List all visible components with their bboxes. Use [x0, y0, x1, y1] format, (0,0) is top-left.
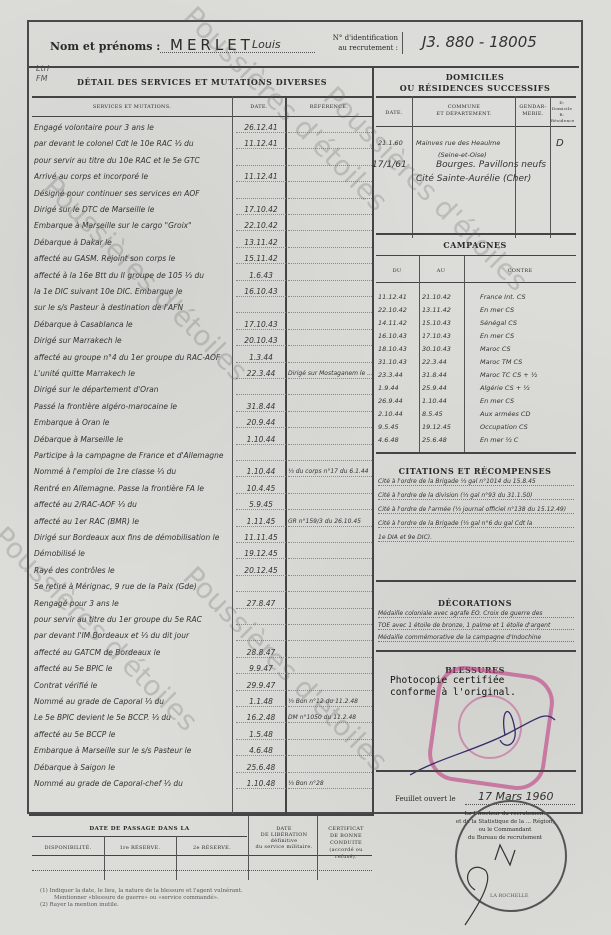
- domiciles-title-line1: DOMICILES: [376, 72, 574, 83]
- col-liberation-line4: du service militaire.: [250, 844, 318, 850]
- campagne-contre: En mer CS: [480, 305, 574, 316]
- service-row: affecté au 2/RAC-AOF ⅓ du5.9.45: [32, 497, 372, 513]
- service-row: par devant l'IM Bordeaux et ⅓ du dit jou…: [32, 628, 372, 644]
- decoration-line: TOE avec 1 étoile de bronze, 1 palme et …: [378, 622, 574, 630]
- main-column-divider: [372, 66, 374, 814]
- service-date: 28.8.47: [236, 645, 286, 661]
- service-row: affecté au GASM. Rejoint son corps le15.…: [32, 251, 372, 267]
- service-row: Nommé à l'emploi de 1re classe ⅓ du1.10.…: [32, 464, 372, 480]
- ref-dotted-line: [288, 673, 372, 674]
- ref-dotted-line: [288, 575, 372, 576]
- campagne-du: 14.11.42: [378, 318, 418, 329]
- service-date: 16.2.48: [236, 710, 286, 726]
- service-reference: ⅓ Bon n°28: [288, 776, 372, 792]
- service-date: 17.10.42: [236, 202, 286, 218]
- service-text: Dirigé sur le DTC de Marseille le: [34, 202, 232, 218]
- service-text: Embarque à Marseille sur le s/s Pasteur …: [34, 743, 232, 759]
- service-text: Dirigé sur Bordeaux aux fins de démobili…: [34, 530, 232, 546]
- passage-title: DATE DE PASSAGE DANS LA: [32, 826, 247, 832]
- campagne-au: 25.9.44: [422, 383, 462, 394]
- header-divider: [29, 66, 579, 68]
- campagne-row: 18.10.4330.10.43Maroc CS: [376, 344, 574, 355]
- ref-dotted-line: [288, 148, 372, 149]
- service-date: 1.11.45: [236, 514, 286, 530]
- col-domicile-type: D: Domicile R: Résidence: [551, 100, 573, 124]
- campagne-au: 25.6.48: [422, 435, 462, 446]
- service-row: Débarque à Saigon le25.6.48: [32, 760, 372, 776]
- service-reference: ⅓ du corps n°17 du 6.1.44: [288, 464, 372, 480]
- campagne-du: 23.3.44: [378, 370, 418, 381]
- campagne-au: 8.5.45: [422, 409, 462, 420]
- ref-dotted-line: [288, 755, 372, 756]
- domiciles-title: DOMICILES OU RÉSIDENCES SUCCESSIFS: [376, 72, 574, 94]
- service-date: 25.6.48: [236, 760, 286, 776]
- col-liberation: DATE DE LIBÉRATION définitive du service…: [250, 826, 318, 850]
- domicile-department: Cité Sainte-Aurélie (Cher): [416, 174, 531, 185]
- campagne-au: 21.10.42: [422, 292, 462, 303]
- campagne-row: 16.10.4317.10.43En mer CS: [376, 331, 574, 342]
- col-reserve-2: 2e RÉSERVE.: [176, 845, 248, 851]
- campagne-du: 1.9.44: [378, 383, 418, 394]
- decorations-title: DÉCORATIONS: [376, 598, 574, 608]
- service-text: Dirigé sur Marrakech le: [34, 333, 232, 349]
- service-text: Participe à la campagne de France et d'A…: [34, 448, 232, 464]
- domicile-date: 21.1.60: [378, 138, 403, 149]
- service-text: affecté au 1er RAC (BMR) le: [34, 514, 232, 530]
- service-row: Débarque à Dakar le13.11.42: [32, 235, 372, 251]
- ref-dotted-line: [288, 312, 372, 313]
- campagne-du: 11.12.41: [378, 292, 418, 303]
- citation-line: Cité à l'ordre de la division (⅓ gal n°9…: [378, 492, 574, 500]
- ref-dotted-line: [288, 493, 372, 494]
- campagnes-header-divider: [376, 282, 576, 283]
- campagne-du: 22.10.42: [378, 305, 418, 316]
- service-text: affecté au GATCM de Bordeaux le: [34, 645, 232, 661]
- ref-dotted-line: [288, 772, 372, 773]
- service-row: Rengagé pour 3 ans le27.8.47: [32, 596, 372, 612]
- citations-bottom-divider: [376, 580, 576, 582]
- service-date: 29.9.47: [236, 678, 286, 694]
- service-text: Rengagé pour 3 ans le: [34, 596, 232, 612]
- passage-header-divider: [32, 855, 372, 856]
- service-text: Le 5e BPIC devient le 5e BCCP. ⅓ du: [34, 710, 232, 726]
- date-dotted-line: [236, 640, 286, 641]
- service-text: par devant l'IM Bordeaux et ⅓ du dit jou…: [34, 628, 232, 644]
- campagne-au: 15.10.43: [422, 318, 462, 329]
- service-text: pour servir au titre du 1er groupe du 5e…: [34, 612, 232, 628]
- service-text: Débarque à Dakar le: [34, 235, 232, 251]
- service-reference: DM n°1050 du 11.2.48: [288, 710, 372, 726]
- campagne-contre: Maroc TM CS: [480, 357, 574, 368]
- service-text: L'unité quitte Marrakech le: [34, 366, 232, 382]
- citation-line: Cité à l'ordre de l'armée (⅓ journal off…: [378, 506, 574, 514]
- service-row: Se retire à Mérignac, 9 rue de la Paix (…: [32, 579, 372, 595]
- passage-dotted-line: [32, 870, 372, 871]
- service-text: Engagé volontaire pour 3 ans le: [34, 120, 232, 136]
- campagne-row: 1.9.4425.9.44Algérie CS + ½: [376, 383, 574, 394]
- service-text: Dirigé sur le département d'Oran: [34, 382, 232, 398]
- service-date: 19.12.45: [236, 546, 286, 562]
- service-date: 13.11.42: [236, 235, 286, 251]
- service-text: affecté au groupe n°4 du 1er groupe du R…: [34, 350, 232, 366]
- services-title-divider: [32, 96, 372, 98]
- ref-dotted-line: [288, 640, 372, 641]
- services-header-divider: [32, 116, 372, 117]
- service-row: affecté au 1er RAC (BMR) le1.11.45GR n°1…: [32, 514, 372, 530]
- citation-line: 1e DIA et 9e DIC).: [378, 534, 574, 542]
- ref-dotted-line: [288, 608, 372, 609]
- service-date: 17.10.43: [236, 317, 286, 333]
- passage-title-divider: [32, 836, 247, 837]
- col-certificat-line1: CERTIFICAT: [318, 826, 374, 833]
- certification-line1: Photocopie certifiée: [390, 675, 516, 687]
- campagnes-top-divider: [376, 233, 576, 235]
- campagne-du: 2.10.44: [378, 409, 418, 420]
- campagne-au: 30.10.43: [422, 344, 462, 355]
- campagne-du: 9.5.45: [378, 422, 418, 433]
- col-certificat-line2: DE BONNE CONDUITE: [318, 833, 374, 847]
- ref-dotted-line: [288, 591, 372, 592]
- decoration-line: Médaille commémorative de la campagne d'…: [378, 634, 574, 642]
- service-text: sur le s/s Pasteur à destination de l'AF…: [34, 300, 232, 316]
- service-row: Nommé au grade de Caporal-chef ⅓ du1.10.…: [32, 776, 372, 792]
- citations-title: CITATIONS ET RÉCOMPENSES: [376, 466, 574, 476]
- identity-header: Nom et prénoms : MERLET Louis N° d'ident…: [30, 28, 578, 68]
- service-text: Se retire à Mérignac, 9 rue de la Paix (…: [34, 579, 232, 595]
- footnotes: (1) Indiquer la date, le lieu, la nature…: [40, 888, 243, 909]
- footnote-1-cont: Mentionner «blessure de guerre» ou «serv…: [40, 895, 243, 902]
- campagne-du: 18.10.43: [378, 344, 418, 355]
- service-row: par devant le colonel Cdt le 10e RAC ⅓ d…: [32, 136, 372, 152]
- service-date: 1.10.44: [236, 432, 286, 448]
- service-row: Contrat vérifié le29.9.47: [32, 678, 372, 694]
- id-label-line2: au recrutement :: [320, 43, 398, 53]
- service-row: Nommé au grade de Caporal ⅓ du1.1.48⅓ Bo…: [32, 694, 372, 710]
- service-date: 31.8.44: [236, 399, 286, 415]
- citation-line: Cité à l'ordre de la Brigade (⅓ gal n°6 …: [378, 520, 574, 528]
- campagne-contre: Maroc TC CS + ½: [480, 370, 574, 381]
- col-dom-commune: COMMUNE ET DÉPARTEMENT.: [414, 104, 514, 118]
- col-dom-date: DATE.: [376, 110, 412, 116]
- campagne-du: 4.6.48: [378, 435, 418, 446]
- ref-dotted-line: [288, 624, 372, 625]
- ref-dotted-line: [288, 296, 372, 297]
- service-row: Passé la frontière algéro-marocaine le31…: [32, 399, 372, 415]
- ref-dotted-line: [288, 558, 372, 559]
- service-text: Arrivé au corps et incorporé le: [34, 169, 232, 185]
- service-text: Débarque à Casablanca le: [34, 317, 232, 333]
- domicile-date: 17/1/61: [372, 160, 407, 171]
- domicile-type: D: [556, 138, 564, 149]
- campagne-au: 13.11.42: [422, 305, 462, 316]
- service-date: 1.3.44: [236, 350, 286, 366]
- date-dotted-line: [236, 198, 286, 199]
- campagne-contre: En mer ½ C: [480, 435, 574, 446]
- service-reference: Dirigé sur Mostaganem le ...: [288, 366, 372, 382]
- service-date: 20.12.45: [236, 563, 286, 579]
- domicile-row-sub: Cité Sainte-Aurélie (Cher): [376, 174, 574, 186]
- campagne-du: 26.9.44: [378, 396, 418, 407]
- service-text: Contrat vérifié le: [34, 678, 232, 694]
- service-row: Embarque à Oran le20.9.44: [32, 415, 372, 431]
- decorations-bottom-divider: [376, 650, 576, 652]
- service-date: 10.4.45: [236, 481, 286, 497]
- service-text: la 1e DIC suivant 10e DIC. Embarque le: [34, 284, 232, 300]
- date-dotted-line: [236, 591, 286, 592]
- ref-dotted-line: [288, 329, 372, 330]
- service-row: Embarque à Marseille sur le s/s Pasteur …: [32, 743, 372, 759]
- domicile-row: 21.1.60 Mainves rue des Heaulme D: [376, 138, 574, 150]
- service-text: pour servir au titre du 10e RAC et le 5e…: [34, 153, 232, 169]
- service-row: affecté au GATCM de Bordeaux le28.8.47: [32, 645, 372, 661]
- name-label: Nom et prénoms :: [50, 40, 160, 53]
- campagne-row: 2.10.448.5.45Aux armées CD: [376, 409, 574, 420]
- campagne-contre: Occupation CS: [480, 422, 574, 433]
- campagne-au: 17.10.43: [422, 331, 462, 342]
- ref-dotted-line: [288, 165, 372, 166]
- campagne-row: 4.6.4825.6.48En mer ½ C: [376, 435, 574, 446]
- domicile-row: 17/1/61 Bourges. Pavillons neufs: [376, 160, 574, 172]
- service-row: Dirigé sur le département d'Oran: [32, 382, 372, 398]
- date-dotted-line: [236, 624, 286, 625]
- ref-dotted-line: [288, 181, 372, 182]
- campagne-contre: En mer CS: [480, 396, 574, 407]
- service-date: 16.10.43: [236, 284, 286, 300]
- campagne-row: 26.9.441.10.44En mer CS: [376, 396, 574, 407]
- service-text: Désigné pour continuer ses services en A…: [34, 186, 232, 202]
- service-text: Embarque à Marseille sur le cargo "Groix…: [34, 218, 232, 234]
- service-text: Rentré en Allemagne. Passe la frontière …: [34, 481, 232, 497]
- ref-dotted-line: [288, 427, 372, 428]
- domiciles-header-divider: [376, 126, 576, 127]
- date-dotted-line: [236, 165, 286, 166]
- service-row: Désigné pour continuer ses services en A…: [32, 186, 372, 202]
- service-row: affecté au groupe n°4 du 1er groupe du R…: [32, 350, 372, 366]
- feuillet-label: Feuillet ouvert le: [395, 795, 456, 803]
- citation-line: Cité à l'ordre de la Brigade ⅓ gal n°101…: [378, 478, 574, 486]
- passage-divider-1: [104, 836, 105, 880]
- col-date: DATE.: [234, 104, 284, 110]
- ref-dotted-line: [288, 460, 372, 461]
- service-text: affecté à la 16e Btt du II groupe de 105…: [34, 268, 232, 284]
- domicile-commune: Bourges. Pavillons neufs: [436, 160, 546, 171]
- ref-dotted-line: [288, 690, 372, 691]
- date-dotted-line: [236, 394, 286, 395]
- service-row: pour servir au titre du 10e RAC et le 5e…: [32, 153, 372, 169]
- ref-dotted-line: [288, 198, 372, 199]
- service-text: affecté au 5e BPIC le: [34, 661, 232, 677]
- service-text: Nommé au grade de Caporal ⅓ du: [34, 694, 232, 710]
- service-text: affecté au GASM. Rejoint son corps le: [34, 251, 232, 267]
- service-date: 11.12.41: [236, 136, 286, 152]
- id-value: J3. 880 - 18005: [422, 33, 537, 51]
- col-dom-commune-label: COMMUNE: [414, 104, 514, 111]
- campagne-au: 31.8.44: [422, 370, 462, 381]
- service-text: affecté au 2/RAC-AOF ⅓ du: [34, 497, 232, 513]
- service-text: Débarque à Saigon le: [34, 760, 232, 776]
- service-row: Embarque à Marseille sur le cargo "Groix…: [32, 218, 372, 234]
- services-title: DÉTAIL DES SERVICES ET MUTATIONS DIVERSE…: [32, 77, 372, 87]
- service-date: 26.12.41: [236, 120, 286, 136]
- service-text: Embarque à Oran le: [34, 415, 232, 431]
- ref-dotted-line: [288, 444, 372, 445]
- ref-dotted-line: [288, 280, 372, 281]
- service-date: 9.9.47: [236, 661, 286, 677]
- ref-dotted-line: [288, 394, 372, 395]
- ref-dotted-line: [288, 509, 372, 510]
- service-text: Passé la frontière algéro-marocaine le: [34, 399, 232, 415]
- col-gendarmerie: GENDAR-MERIE.: [516, 104, 550, 118]
- campagne-row: 31.10.4322.3.44Maroc TM CS: [376, 357, 574, 368]
- service-row: Dirigé sur Bordeaux aux fins de démobili…: [32, 530, 372, 546]
- ref-dotted-line: [288, 542, 372, 543]
- blessures-bottom-divider: [376, 770, 576, 772]
- service-text: Débarque à Marseille le: [34, 432, 232, 448]
- campagne-contre: Sénégal CS: [480, 318, 574, 329]
- service-reference: ⅓ Bon n°12 du 11.2.48: [288, 694, 372, 710]
- col-au: AU: [420, 268, 462, 274]
- service-date: 22.3.44: [236, 366, 286, 382]
- service-row: Débarque à Casablanca le17.10.43: [32, 317, 372, 333]
- campagne-du: 31.10.43: [378, 357, 418, 368]
- col-dom-commune-sub: ET DÉPARTEMENT.: [414, 111, 514, 118]
- col-du: DU: [376, 268, 418, 274]
- footnote-1: (1) Indiquer la date, le lieu, la nature…: [40, 888, 243, 895]
- service-date: 1.6.43: [236, 268, 286, 284]
- service-date: 27.8.47: [236, 596, 286, 612]
- firstname-value: Louis: [252, 38, 281, 51]
- campagne-row: 9.5.4519.12.45Occupation CS: [376, 422, 574, 433]
- col-services: SERVICES ET MUTATIONS.: [32, 104, 232, 110]
- campagne-contre: Aux armées CD: [480, 409, 574, 420]
- campagne-contre: En mer CS: [480, 331, 574, 342]
- document-page: Nom et prénoms : MERLET Louis N° d'ident…: [0, 0, 611, 935]
- director-signature-icon: [455, 840, 535, 930]
- signature-icon: [405, 690, 565, 790]
- ref-dotted-line: [288, 345, 372, 346]
- service-row: Participe à la campagne de France et d'A…: [32, 448, 372, 464]
- service-row: Dirigé sur le DTC de Marseille le17.10.4…: [32, 202, 372, 218]
- col-reserve-1: 1re RÉSERVE.: [104, 845, 176, 851]
- service-row: Rayé des contrôles le20.12.45: [32, 563, 372, 579]
- service-row: Arrivé au corps et incorporé le11.12.41: [32, 169, 372, 185]
- col-contre: CONTRE: [466, 268, 574, 274]
- domiciles-title-divider: [376, 96, 576, 98]
- decoration-line: Médaille coloniale avec agrafe EO. Croix…: [378, 610, 574, 618]
- service-row: affecté à la 16e Btt du II groupe de 105…: [32, 268, 372, 284]
- campagnes-title-divider: [376, 255, 576, 256]
- campagne-au: 1.10.44: [422, 396, 462, 407]
- id-bracket: [402, 32, 403, 54]
- col-reference: RÉFÉRENCE.: [286, 104, 372, 110]
- name-dotted-line: [160, 52, 315, 53]
- ref-dotted-line: [288, 657, 372, 658]
- campagne-contre: Algérie CS + ½: [480, 383, 574, 394]
- service-text: Démobilisé le: [34, 546, 232, 562]
- service-row: Engagé volontaire pour 3 ans le26.12.41: [32, 120, 372, 136]
- service-date: 20.10.43: [236, 333, 286, 349]
- col-disponibilite: DISPONIBILITÉ.: [32, 845, 104, 851]
- id-label: N° d'identification au recrutement :: [320, 33, 398, 53]
- service-date: 4.6.48: [236, 743, 286, 759]
- campagnes-title: CAMPAGNES: [376, 240, 574, 250]
- ref-dotted-line: [288, 230, 372, 231]
- ref-dotted-line: [288, 263, 372, 264]
- service-row: sur le s/s Pasteur à destination de l'AF…: [32, 300, 372, 316]
- service-date: 1.1.48: [236, 694, 286, 710]
- service-row: pour servir au titre du 1er groupe du 5e…: [32, 612, 372, 628]
- footnote-2: (2) Rayer la mention inutile.: [40, 902, 243, 909]
- service-date: 20.9.44: [236, 415, 286, 431]
- service-date: 1.5.48: [236, 727, 286, 743]
- service-text: Nommé à l'emploi de 1re classe ⅓ du: [34, 464, 232, 480]
- ref-dotted-line: [288, 214, 372, 215]
- date-dotted-line: [236, 460, 286, 461]
- campagne-au: 22.3.44: [422, 357, 462, 368]
- passage-top-divider: [29, 814, 374, 816]
- id-label-line1: N° d'identification: [320, 33, 398, 43]
- campagne-row: 11.12.4121.10.42France Int. CS: [376, 292, 574, 303]
- service-reference: GR n°159/3 du 26.10.45: [288, 514, 372, 530]
- campagne-au: 19.12.45: [422, 422, 462, 433]
- col-certificat-line3: (accordé ou refusé).: [318, 847, 374, 861]
- date-dotted-line: [236, 312, 286, 313]
- service-row: affecté au 5e BPIC le9.9.47: [32, 661, 372, 677]
- service-row: la 1e DIC suivant 10e DIC. Embarque le16…: [32, 284, 372, 300]
- ref-dotted-line: [288, 411, 372, 412]
- service-date: 5.9.45: [236, 497, 286, 513]
- service-row: Dirigé sur Marrakech le20.10.43: [32, 333, 372, 349]
- campagne-row: 22.10.4213.11.42En mer CS: [376, 305, 574, 316]
- service-date: 15.11.42: [236, 251, 286, 267]
- service-date: 11.12.41: [236, 169, 286, 185]
- service-row: Le 5e BPIC devient le 5e BCCP. ⅓ du16.2.…: [32, 710, 372, 726]
- service-row: Rentré en Allemagne. Passe la frontière …: [32, 481, 372, 497]
- service-text: par devant le colonel Cdt le 10e RAC ⅓ d…: [34, 136, 232, 152]
- campagnes-bottom-divider: [376, 452, 576, 454]
- campagne-contre: Maroc CS: [480, 344, 574, 355]
- domicile-commune: Mainves rue des Heaulme: [416, 138, 500, 149]
- campagne-row: 23.3.4431.8.44Maroc TC CS + ½: [376, 370, 574, 381]
- service-text: affecté au 5e BCCP le: [34, 727, 232, 743]
- ref-dotted-line: [288, 362, 372, 363]
- service-row: Démobilisé le19.12.45: [32, 546, 372, 562]
- passage-divider-2: [176, 836, 177, 880]
- domiciles-title-line2: OU RÉSIDENCES SUCCESSIFS: [376, 83, 574, 94]
- ref-dotted-line: [288, 132, 372, 133]
- ref-dotted-line: [288, 739, 372, 740]
- campagne-row: 14.11.4215.10.43Sénégal CS: [376, 318, 574, 329]
- campagne-du: 16.10.43: [378, 331, 418, 342]
- service-text: Nommé au grade de Caporal-chef ⅓ du: [34, 776, 232, 792]
- service-row: affecté au 5e BCCP le1.5.48: [32, 727, 372, 743]
- service-row: L'unité quitte Marrakech le22.3.44Dirigé…: [32, 366, 372, 382]
- service-date: 1.10.48: [236, 776, 286, 792]
- service-date: 11.11.45: [236, 530, 286, 546]
- service-row: Débarque à Marseille le1.10.44: [32, 432, 372, 448]
- campagne-contre: France Int. CS: [480, 292, 574, 303]
- ref-dotted-line: [288, 247, 372, 248]
- service-date: 22.10.42: [236, 218, 286, 234]
- service-text: Rayé des contrôles le: [34, 563, 232, 579]
- service-date: 1.10.44: [236, 464, 286, 480]
